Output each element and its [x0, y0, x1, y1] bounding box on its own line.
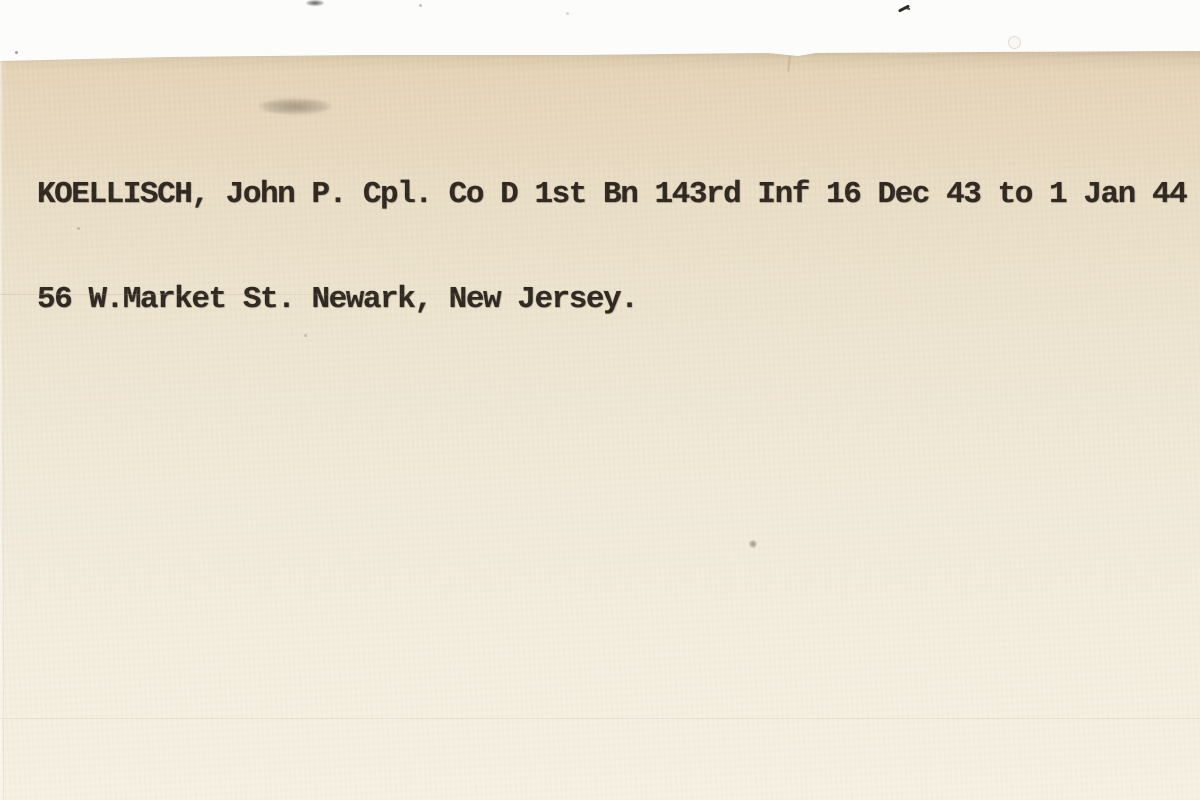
typed-text-block: KOELLISCH, John P. Cpl. Co D 1st Bn 143r…	[37, 107, 1186, 387]
card-left-edge	[0, 60, 4, 800]
paper-crease	[0, 718, 1200, 719]
paper-speck	[749, 540, 757, 548]
dust-speck	[419, 4, 422, 7]
typed-line-name-unit-dates: KOELLISCH, John P. Cpl. Co D 1st Bn 143r…	[37, 177, 1186, 212]
top-edge-smudge	[306, 0, 324, 6]
typed-line-address: 56 W.Market St. Newark, New Jersey.	[37, 282, 1186, 317]
card-top-edge-shadow	[0, 49, 1200, 71]
dust-speck	[15, 51, 18, 54]
scanner-background: KOELLISCH, John P. Cpl. Co D 1st Bn 143r…	[0, 0, 1200, 800]
pen-scratch-mark	[898, 4, 910, 12]
dust-speck	[566, 12, 569, 15]
index-card: KOELLISCH, John P. Cpl. Co D 1st Bn 143r…	[0, 0, 1200, 800]
faint-ring-blemish	[1008, 36, 1021, 49]
